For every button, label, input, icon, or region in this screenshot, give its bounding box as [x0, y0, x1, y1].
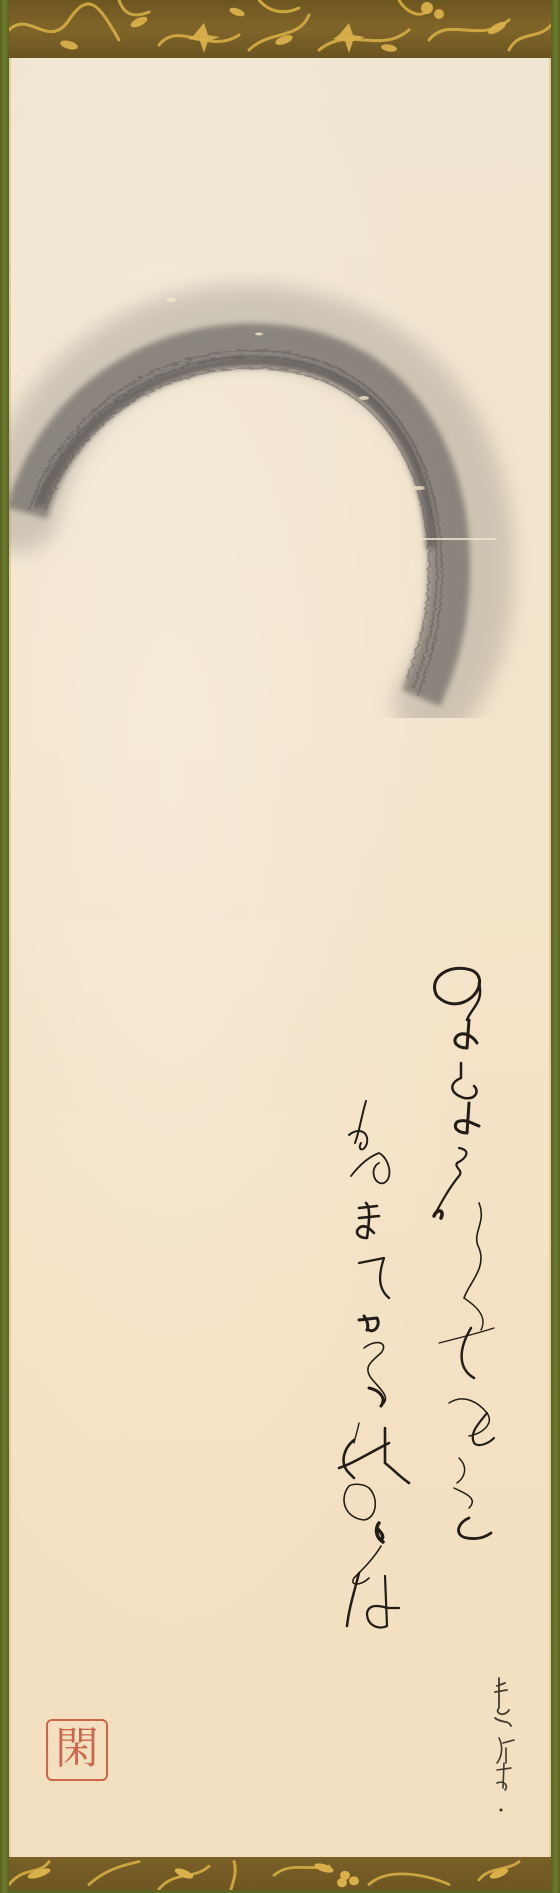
- bottom-brocade-band: [9, 1857, 551, 1893]
- artist-seal: 閑: [46, 1719, 108, 1781]
- floral-pattern-icon: [9, 1857, 551, 1890]
- left-mount-border: [0, 0, 9, 1893]
- paper-edge-right: [549, 58, 551, 1857]
- crescent-moon-brushstroke-icon: [9, 248, 529, 718]
- floral-pattern-icon: [9, 0, 551, 58]
- hanging-scroll: のよしよしれにてかへちさを わかまておくる秋のよ月 閑 是住写: [0, 0, 560, 1893]
- right-mount-border: [551, 0, 560, 1893]
- top-brocade-band: [9, 0, 551, 58]
- paper-panel: のよしよしれにてかへちさを わかまておくる秋のよ月 閑 是住写: [9, 58, 551, 1857]
